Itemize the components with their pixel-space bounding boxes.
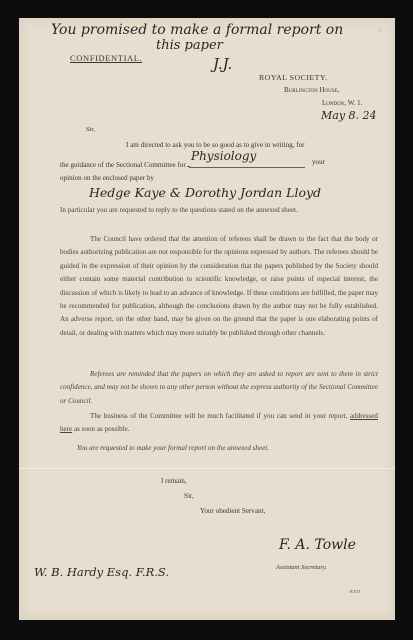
letterhead-address-2: London, W. 1. bbox=[322, 99, 362, 107]
handwritten-date: May 8. 24 bbox=[321, 109, 377, 122]
handwritten-note-line1: You promised to make a formal report on bbox=[51, 22, 343, 38]
letterhead-address-1: Burlington House, bbox=[284, 86, 339, 94]
salutation: Sir, bbox=[86, 126, 95, 133]
handwritten-initials: J.J. bbox=[213, 55, 232, 73]
closing-line2: Sir, bbox=[184, 492, 194, 500]
closing-line1: I remain, bbox=[161, 477, 187, 485]
footer-pto: P.T.O. bbox=[350, 589, 361, 594]
letterhead-org: ROYAL SOCIETY. bbox=[259, 73, 328, 82]
para1-text-c: your bbox=[312, 158, 325, 166]
para1-line3: opinion on the enclosed paper by bbox=[60, 174, 154, 182]
handwritten-committee: Physiology bbox=[191, 149, 256, 163]
fold-crease bbox=[19, 468, 395, 470]
confidential-label: CONFIDENTIAL. bbox=[70, 53, 142, 63]
signatory-title: Assistant Secretary. bbox=[276, 564, 327, 571]
handwritten-recipient: W. B. Hardy Esq. F.R.S. bbox=[34, 565, 169, 579]
para-council: The Council have ordered that the attent… bbox=[60, 233, 378, 340]
para1-line1: I am directed to ask you to be so good a… bbox=[126, 141, 305, 149]
para1-text-b: the guidance of the Sectional Committee … bbox=[60, 161, 186, 169]
para1-questions: In particular you are requested to reply… bbox=[60, 204, 378, 217]
para4-text-b: as soon as possible. bbox=[74, 425, 130, 433]
para-referees-reminded: Referees are reminded that the papers on… bbox=[60, 368, 378, 408]
handwritten-signature: F. A. Towle bbox=[279, 537, 356, 553]
para4-text-a: The business of the Committee will be mu… bbox=[90, 412, 347, 420]
page-number: 8 bbox=[378, 26, 382, 34]
para-formal-report: You are requested to make your formal re… bbox=[60, 442, 378, 455]
para-business: The business of the Committee will be mu… bbox=[60, 410, 378, 437]
handwritten-authors: Hedge Kaye & Dorothy Jordan Lloyd bbox=[89, 185, 321, 200]
letter-page: You promised to make a formal report on … bbox=[19, 18, 395, 620]
closing-line3: Your obedient Servant, bbox=[200, 507, 265, 515]
handwritten-note-line2: this paper bbox=[156, 38, 223, 53]
para1-line2: the guidance of the Sectional Committee … bbox=[60, 158, 190, 169]
